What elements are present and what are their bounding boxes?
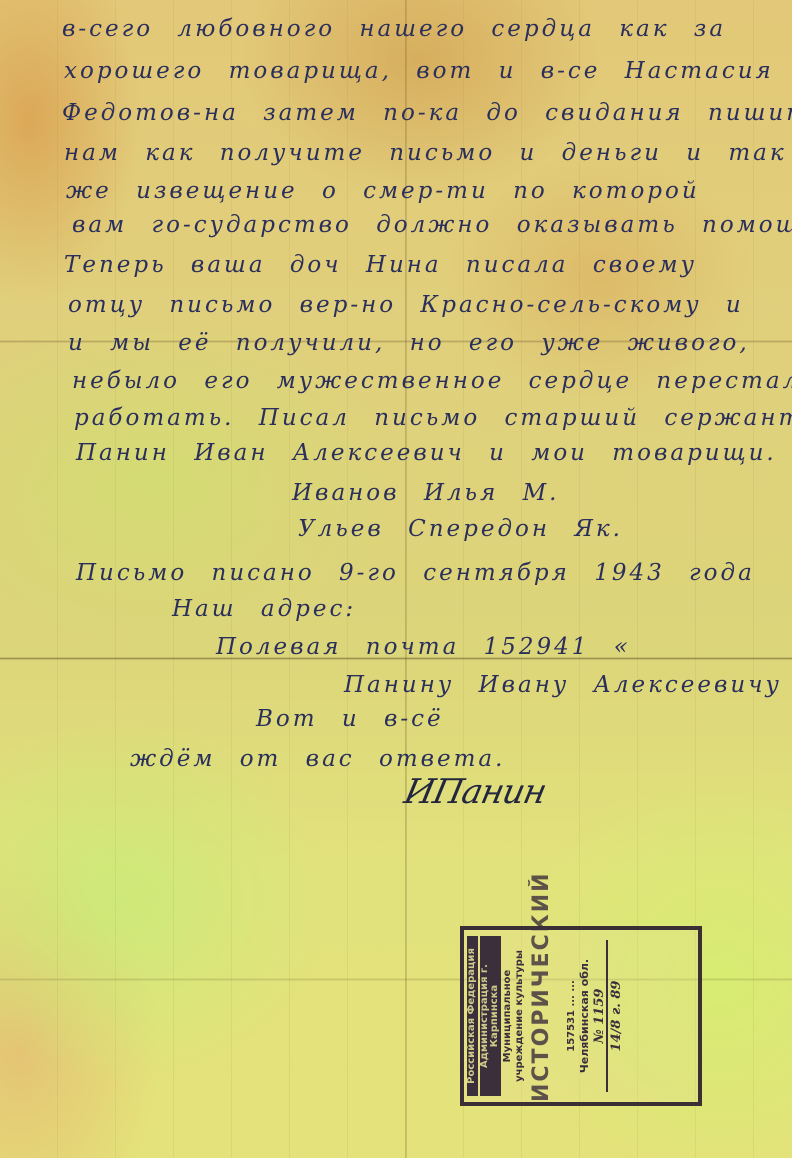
field-post-number: Полевая почта 152941 « <box>216 634 631 660</box>
stamp-text: Российская Федерация Администрация г. Ка… <box>463 930 699 1102</box>
stamp-line: ИСТОРИЧЕСКИЙ <box>530 930 553 1102</box>
stamp-line: Муниципальное <box>503 936 514 1096</box>
closing-line: ждём от вас ответа. <box>130 746 505 772</box>
stamp-line: 14/8 г. 89 <box>610 940 624 1092</box>
signature: ИПанин <box>401 772 550 812</box>
recipient-name: Панину Ивану Алексеевичу <box>344 672 782 698</box>
letter-line: Вот и в-сё <box>256 706 444 732</box>
stamp-line: Российская Федерация <box>467 936 478 1096</box>
letter-date: Письмо писано 9-го сентября 1943 года <box>76 560 755 586</box>
archive-stamp: Российская Федерация Администрация г. Ка… <box>460 926 702 1106</box>
letter-line: нам как получите письмо и деньги и так <box>64 140 787 166</box>
letter-page: в-сего любовного нашего сердца как за хо… <box>0 0 792 1158</box>
stamp-line: № 1159 <box>593 940 609 1092</box>
stamp-line: учреждение культуры <box>515 936 526 1096</box>
letter-line: в-сего любовного нашего сердца как за <box>62 16 726 42</box>
letter-line: небыло его мужественное сердце перестал <box>72 368 792 394</box>
letter-line: же извещение о смер-ти по которой <box>66 178 700 204</box>
stamp-line: Челябинская обл. <box>579 930 591 1102</box>
signer-name: Иванов Илья М. <box>292 480 559 506</box>
letter-line: отцу письмо вер-но Красно-сель-скому и <box>68 292 744 318</box>
letter-line: хорошего товарища, вот и в-се Настасия <box>64 58 774 84</box>
letter-line: Панин Иван Алексеевич и мои товарищи. <box>76 440 777 466</box>
letter-line: Федотов-на затем по-ка до свидания пишит… <box>62 100 792 126</box>
stamp-line: Администрация г. Карпинска <box>480 936 501 1096</box>
address-heading: Наш адрес: <box>172 596 356 622</box>
letter-line: и мы её получили, но его уже живого, <box>68 330 750 356</box>
letter-line: вам го-сударство должно оказывать помощь <box>72 212 792 238</box>
letter-line: работать. Писал письмо старший сержант <box>74 405 792 431</box>
letter-line: Теперь ваша доч Нина писала своему <box>64 252 697 278</box>
stamp-line: 157531 ... ... <box>567 930 578 1102</box>
signer-name: Ульев Спередон Як. <box>298 516 623 542</box>
